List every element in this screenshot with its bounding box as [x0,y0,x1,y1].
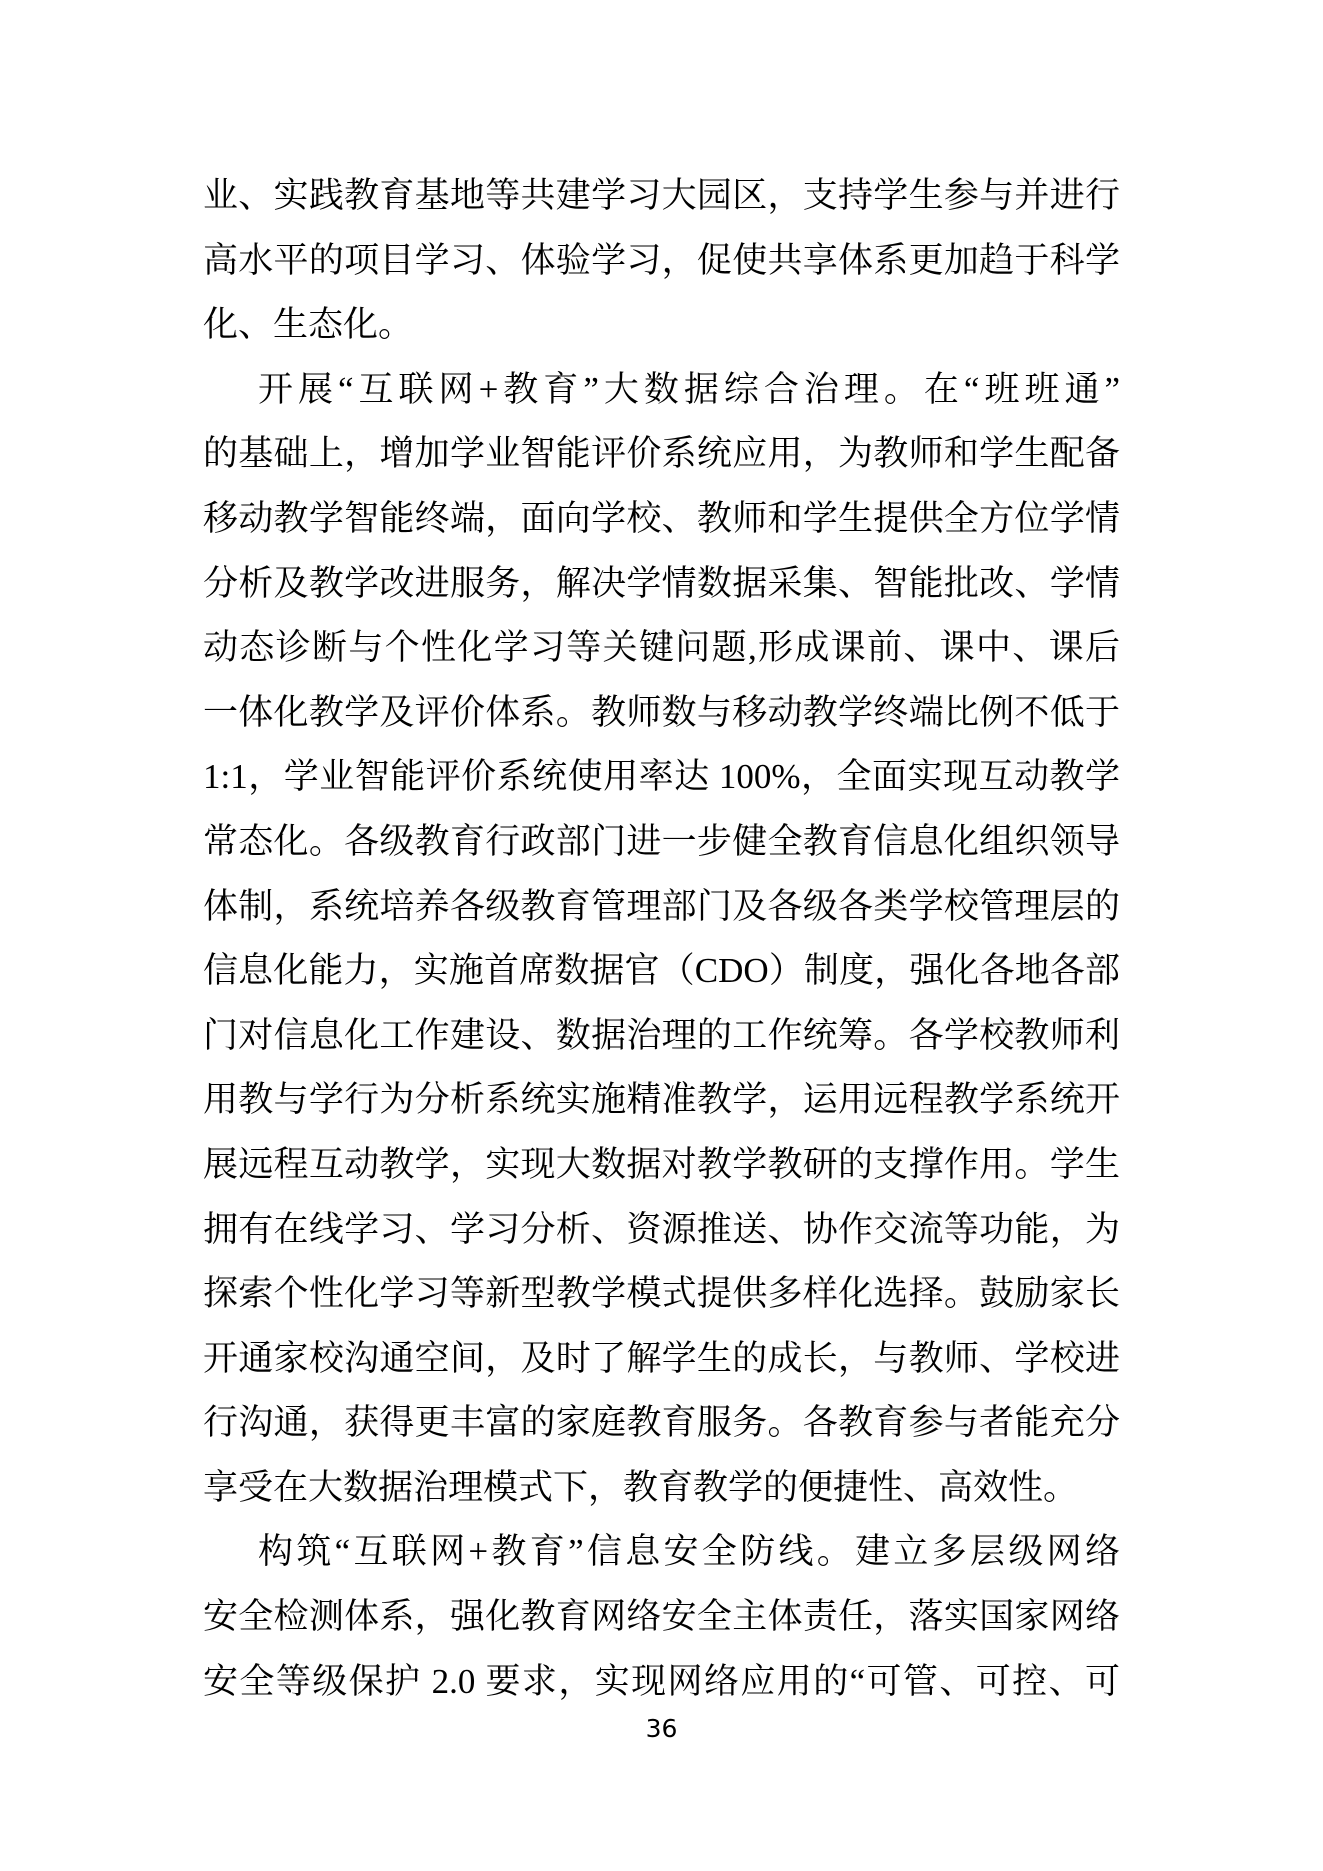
text-line: 展远程互动教学，实现大数据对教学教研的支撑作用。学生 [203,1133,1120,1198]
text-line: 安全检测体系，强化教育网络安全主体责任，落实国家网络 [203,1585,1120,1650]
text-line: 的基础上，增加学业智能评价系统应用，为教师和学生配备 [203,422,1120,487]
text-line: 拥有在线学习、学习分析、资源推送、协作交流等功能，为 [203,1198,1120,1263]
text-line: 分析及教学改进服务，解决学情数据采集、智能批改、学情 [203,552,1120,617]
page-number: 36 [0,1714,1323,1743]
text-line: 高水平的项目学习、体验学习，促使共享体系更加趋于科学 [203,229,1120,294]
text-line: 用教与学行为分析系统实施精准教学，运用远程教学系统开 [203,1068,1120,1133]
document-body: 业、实践教育基地等共建学习大园区，支持学生参与并进行 高水平的项目学习、体验学习… [203,164,1120,1714]
paragraph: 开展“互联网+教育”大数据综合治理。在“班班通” 的基础上，增加学业智能评价系统… [203,358,1120,1521]
text-line: 1:1，学业智能评价系统使用率达 100%，全面实现互动教学 [203,745,1120,810]
text-line: 享受在大数据治理模式下，教育教学的便捷性、高效性。 [203,1456,1120,1521]
text-line: 门对信息化工作建设、数据治理的工作统筹。各学校教师利 [203,1004,1120,1069]
text-line: 移动教学智能终端，面向学校、教师和学生提供全方位学情 [203,487,1120,552]
paragraph: 业、实践教育基地等共建学习大园区，支持学生参与并进行 高水平的项目学习、体验学习… [203,164,1120,358]
text-line: 常态化。各级教育行政部门进一步健全教育信息化组织领导 [203,810,1120,875]
text-line: 行沟通，获得更丰富的家庭教育服务。各教育参与者能充分 [203,1391,1120,1456]
text-line: 体制，系统培养各级教育管理部门及各级各类学校管理层的 [203,875,1120,940]
document-page: { "document": { "paragraphs": [ { "lines… [0,0,1323,1871]
paragraph: 构筑“互联网+教育”信息安全防线。建立多层级网络 安全检测体系，强化教育网络安全… [203,1520,1120,1714]
text-line: 动态诊断与个性化学习等关键问题,形成课前、课中、课后 [203,616,1120,681]
text-line: 构筑“互联网+教育”信息安全防线。建立多层级网络 [203,1520,1120,1585]
text-line: 化、生态化。 [203,293,1120,358]
text-line: 开展“互联网+教育”大数据综合治理。在“班班通” [203,358,1120,423]
text-line: 探索个性化学习等新型教学模式提供多样化选择。鼓励家长 [203,1262,1120,1327]
text-line: 业、实践教育基地等共建学习大园区，支持学生参与并进行 [203,164,1120,229]
text-line: 信息化能力，实施首席数据官（CDO）制度，强化各地各部 [203,939,1120,1004]
text-line: 一体化教学及评价体系。教师数与移动教学终端比例不低于 [203,681,1120,746]
text-line: 安全等级保护 2.0 要求，实现网络应用的“可管、可控、可 [203,1650,1120,1715]
text-line: 开通家校沟通空间，及时了解学生的成长，与教师、学校进 [203,1327,1120,1392]
